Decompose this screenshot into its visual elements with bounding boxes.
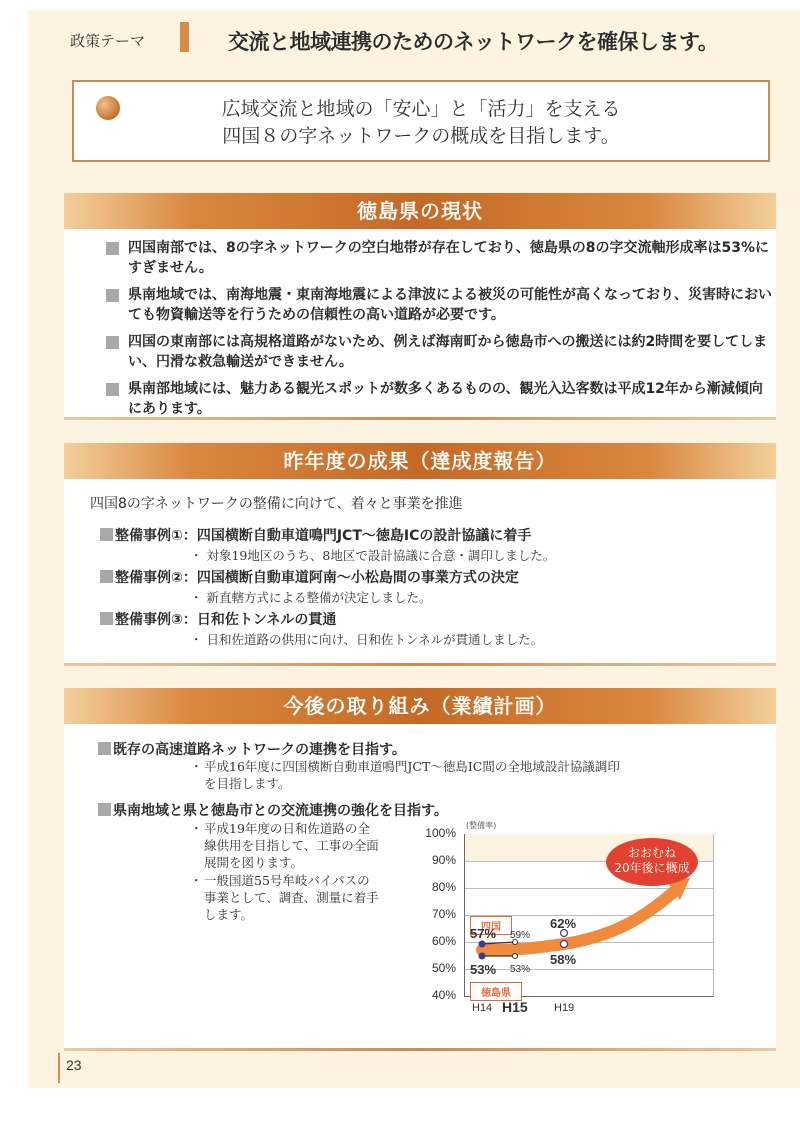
value-label: 57% [470, 926, 496, 941]
value-label: 62% [550, 916, 576, 931]
plan-2-title: 県南地域と県と徳島市との交流連携の強化を目指す。 [98, 800, 448, 820]
plan-1-note: ・ 平成16年度に四国横断自動車道鳴門JCT～徳島IC間の全地域設計協議調印 を… [204, 758, 620, 792]
case-title-text: 整備事例③：日和佐トンネルの貫通 [115, 612, 336, 628]
plan-note-line: 平成19年度の日和佐道路の全 [204, 820, 379, 837]
section-heading: 今後の取り組み（業績計画） [64, 688, 776, 724]
value-label: 53% [510, 964, 530, 975]
plan-note-line: を目指します。 [204, 775, 620, 792]
section-results: 昨年度の成果（達成度報告） 四国8の字ネットワークの整備に向けて、着々と事業を推… [64, 443, 776, 663]
list-item-text: 四国南部では、8の字ネットワークの空白地帯が存在しており、徳島県の8の字交流軸形… [128, 240, 769, 276]
theme-divider-bar [180, 22, 189, 52]
value-label: 59% [510, 930, 530, 941]
square-bullet-icon [106, 383, 119, 396]
plan-note-line: します。 [204, 906, 379, 923]
x-tick: H19 [554, 1002, 574, 1014]
callout-annotation: おおむね 20年後に概成 [606, 838, 698, 886]
plan-2-note-b: ・ 一般国道55号牟岐バイパスの 事業として、調査、測量に着手 します。 [204, 872, 379, 923]
goal-line-2: 四国８の字ネットワークの概成を目指します。 [74, 123, 768, 150]
square-bullet-icon [98, 742, 111, 755]
square-bullet-icon [106, 336, 119, 349]
plan-1-title: 既存の高速道路ネットワークの連携を目指す。 [98, 739, 406, 759]
page-number: 23 [66, 1057, 82, 1073]
dot-bullet-icon: ・ [190, 872, 203, 889]
case-3-note: ・ 日和佐道路の供用に向け、日和佐トンネルが貫通しました。 [190, 630, 543, 648]
goal-box: 広域交流と地域の「安心」と「活力」を支える 四国８の字ネットワークの概成を目指し… [72, 80, 770, 162]
results-lead: 四国8の字ネットワークの整備に向けて、着々と事業を推進 [90, 493, 463, 513]
value-label: 58% [550, 952, 576, 967]
value-label: 53% [470, 962, 496, 977]
status-list: 四国南部では、8の字ネットワークの空白地帯が存在しており、徳島県の8の字交流軸形… [64, 229, 776, 419]
section-current-status: 徳島県の現状 四国南部では、8の字ネットワークの空白地帯が存在しており、徳島県の… [64, 193, 776, 417]
goal-statement: 広域交流と地域の「安心」と「活力」を支える 四国８の字ネットワークの概成を目指し… [74, 96, 768, 150]
list-item: 県南地域では、南海地震・東南海地震による津波による被災の可能性が高くなっており、… [106, 285, 776, 325]
case-1-title: 整備事例①：四国横断自動車道鳴門JCT～徳島ICの設計協議に着手 [100, 525, 531, 545]
list-item-text: 四国の東南部には高規格道路がないため、例えば海南町から徳島市への搬送には約2時間… [128, 334, 767, 370]
list-item: 四国南部では、8の字ネットワークの空白地帯が存在しており、徳島県の8の字交流軸形… [106, 238, 776, 278]
x-tick: H14 [472, 1002, 492, 1014]
case-2-note: ・ 新直轄方式による整備が決定しました。 [190, 588, 431, 606]
case-3-title: 整備事例③：日和佐トンネルの貫通 [100, 609, 336, 629]
plan-note-line: 線供用を目指して、工事の全面 [204, 837, 379, 854]
callout-line: 20年後に概成 [606, 861, 698, 876]
plan-note-line: 平成16年度に四国横断自動車道鳴門JCT～徳島IC間の全地域設計協議調印 [204, 758, 620, 775]
section-divider [64, 417, 776, 420]
dot-bullet-icon: ・ [190, 758, 203, 775]
case-2-title: 整備事例②：四国横断自動車道阿南～小松島間の事業方式の決定 [100, 567, 519, 587]
square-bullet-icon [98, 803, 111, 816]
page-number-rule [58, 1053, 60, 1083]
case-title-text: 整備事例②：四国横断自動車道阿南～小松島間の事業方式の決定 [115, 570, 519, 586]
list-item-text: 県南部地域には、魅力ある観光スポットが数多くあるものの、観光入込客数は平成12年… [128, 381, 763, 417]
section-heading: 徳島県の現状 [64, 193, 776, 229]
section-heading: 昨年度の成果（達成度報告） [64, 443, 776, 479]
plan-note-line: 展開を図ります。 [204, 854, 379, 871]
coverage-chart: 100% 90% 80% 70% 60% 50% 40% (整備率) [414, 822, 734, 1022]
square-bullet-icon [100, 570, 113, 583]
square-bullet-icon [100, 612, 113, 625]
list-item: 県南部地域には、魅力ある観光スポットが数多くあるものの、観光入込客数は平成12年… [106, 379, 776, 419]
page-title: 交流と地域連携のためのネットワークを確保します。 [228, 26, 718, 56]
case-title-text: 整備事例①：四国横断自動車道鳴門JCT～徳島ICの設計協議に着手 [115, 528, 531, 544]
theme-label: 政策テーマ [70, 30, 145, 51]
section-divider [64, 1048, 776, 1051]
dot-bullet-icon: ・ [190, 820, 203, 837]
plan-title-text: 既存の高速道路ネットワークの連携を目指す。 [113, 742, 406, 758]
callout-line: おおむね [606, 846, 698, 861]
section-divider [64, 663, 776, 666]
plan-note-line: 事業として、調査、測量に着手 [204, 889, 379, 906]
plan-note-line: 一般国道55号牟岐バイパスの [204, 872, 379, 889]
case-1-note: ・ 対象19地区のうち、8地区で設計協議に合意・調印しました。 [190, 546, 555, 564]
plan-2-note-a: ・ 平成19年度の日和佐道路の全 線供用を目指して、工事の全面 展開を図ります。 [204, 820, 379, 871]
goal-line-1: 広域交流と地域の「安心」と「活力」を支える [74, 96, 768, 123]
plan-title-text: 県南地域と県と徳島市との交流連携の強化を目指す。 [113, 803, 448, 819]
square-bullet-icon [106, 242, 119, 255]
section-plan: 今後の取り組み（業績計画） 既存の高速道路ネットワークの連携を目指す。 ・ 平成… [64, 688, 776, 1048]
list-item: 四国の東南部には高規格道路がないため、例えば海南町から徳島市への搬送には約2時間… [106, 332, 776, 372]
square-bullet-icon [106, 289, 119, 302]
list-item-text: 県南地域では、南海地震・東南海地震による津波による被災の可能性が高くなっており、… [128, 287, 772, 323]
square-bullet-icon [100, 528, 113, 541]
x-tick: H15 [502, 999, 528, 1015]
